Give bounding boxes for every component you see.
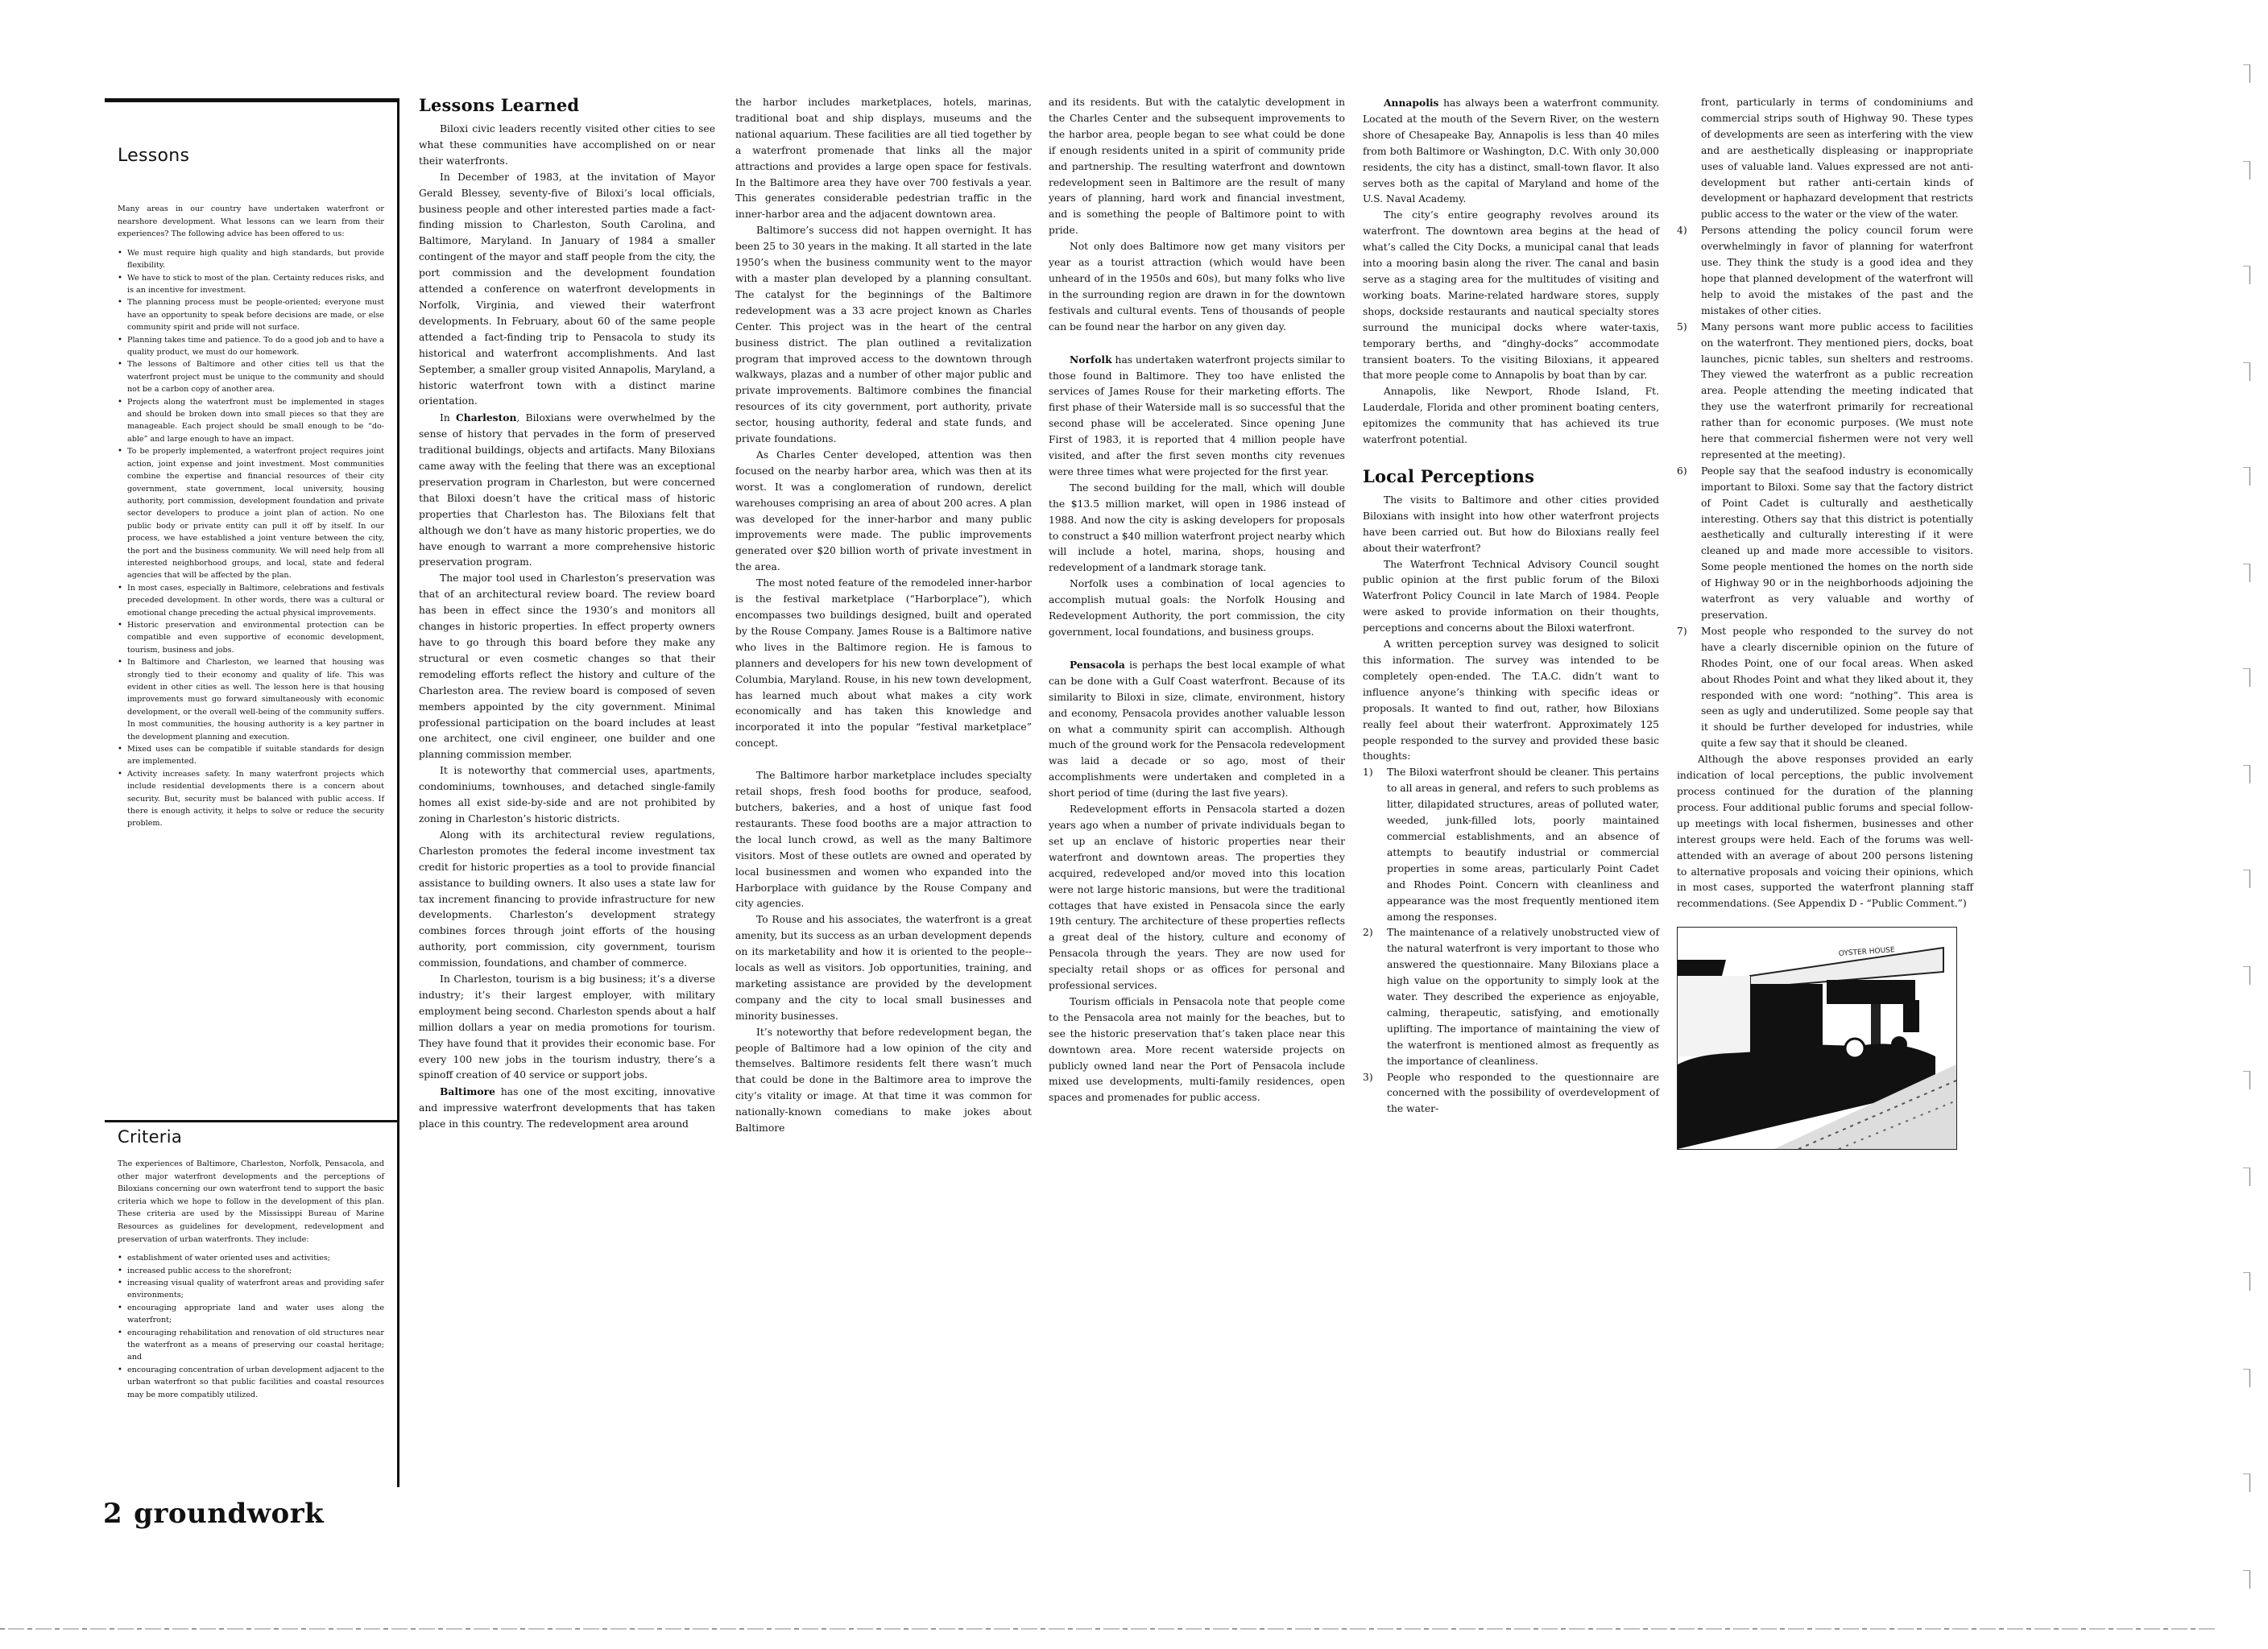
article-column-1: Lessons Learned Biloxi civic leaders rec… [419, 95, 715, 1133]
lessons-item: •In Baltimore and Charleston, we learned… [118, 656, 384, 743]
survey-results-list-continued: front, particularly in terms of condomin… [1677, 95, 1973, 752]
criteria-item: •encouraging concentration of urban deve… [118, 1364, 384, 1401]
survey-item: 1)The Biloxi waterfront should be cleane… [1363, 765, 1659, 925]
paragraph: Redevelopment efforts in Pensacola start… [1049, 802, 1345, 994]
bullet-icon: • [118, 743, 122, 755]
paragraph: The Waterfront Technical Advisory Counci… [1363, 557, 1659, 638]
lessons-item: •Historic preservation and environmental… [118, 619, 384, 656]
criteria-item: •encouraging appropriate land and water … [118, 1302, 384, 1327]
survey-item: 3)People who responded to the questionna… [1363, 1070, 1659, 1118]
city-name-norfolk: Norfolk [1070, 353, 1112, 366]
lessons-sidebar: Lessons Many areas in our country have u… [105, 98, 399, 1122]
lessons-item: •Activity increases safety. In many wate… [118, 768, 384, 830]
paragraph: The most noted feature of the remodeled … [735, 576, 1032, 752]
historic-photo: OYSTER HOUSE [1677, 927, 1957, 1150]
lessons-list: •We must require high quality and high s… [118, 247, 384, 830]
bullet-icon: • [118, 1277, 122, 1289]
paragraph: The major tool used in Charleston’s pres… [419, 571, 715, 763]
page-number: 2 [103, 1498, 122, 1530]
paragraph: the harbor includes marketplaces, hotels… [735, 95, 1032, 223]
paragraph-pensacola: Pensacola is perhaps the best local exam… [1049, 657, 1345, 802]
lessons-item: •Mixed uses can be compatible if suitabl… [118, 743, 384, 768]
city-name-pensacola: Pensacola [1070, 659, 1125, 671]
lessons-item: •The lessons of Baltimore and other citi… [118, 358, 384, 395]
scan-edge-marks [2212, 0, 2268, 1649]
paragraph: The visits to Baltimore and other cities… [1363, 493, 1659, 557]
lessons-item: •Projects along the waterfront must be i… [118, 396, 384, 446]
bullet-icon: • [118, 656, 122, 668]
bullet-icon: • [118, 334, 122, 346]
bullet-icon: • [118, 1327, 122, 1339]
photo-image-icon: OYSTER HOUSE [1678, 928, 1956, 1149]
lessons-item: •In most cases, especially in Baltimore,… [118, 582, 384, 619]
bullet-icon: • [118, 1302, 122, 1314]
paragraph: Norfolk uses a combination of local agen… [1049, 577, 1345, 641]
article-column-2: the harbor includes marketplaces, hotels… [735, 95, 1032, 1137]
paragraph: It is noteworthy that commercial uses, a… [419, 763, 715, 828]
bullet-icon: • [118, 358, 122, 370]
criteria-item: •encouraging rehabilitation and renovati… [118, 1327, 384, 1364]
paragraph: Biloxi civic leaders recently visited ot… [419, 122, 715, 170]
bullet-icon: • [118, 396, 122, 408]
criteria-item: •establishment of water oriented uses an… [118, 1252, 384, 1264]
survey-item: 5)Many persons want more public access t… [1677, 320, 1973, 464]
paragraph: It’s noteworthy that before redevelopmen… [735, 1025, 1032, 1137]
paragraph: As Charles Center developed, attention w… [735, 448, 1032, 576]
page-footer: 2groundwork [103, 1498, 324, 1530]
article-column-3: and its residents. But with the catalyti… [1049, 95, 1345, 1106]
paragraph: Baltimore’s success did not happen overn… [735, 223, 1032, 448]
bullet-icon: • [118, 1265, 122, 1277]
city-name-annapolis: Annapolis [1384, 97, 1438, 109]
survey-item: 7)Most people who responded to the surve… [1677, 624, 1973, 752]
bullet-icon: • [118, 768, 122, 780]
bullet-icon: • [118, 247, 122, 259]
heading-lessons-learned: Lessons Learned [419, 95, 715, 115]
criteria-item: •increasing visual quality of waterfront… [118, 1277, 384, 1302]
bullet-icon: • [118, 272, 122, 284]
city-name-baltimore: Baltimore [440, 1085, 495, 1097]
newsletter-page: Lessons Many areas in our country have u… [0, 0, 2268, 1649]
lessons-title: Lessons [118, 146, 384, 166]
paragraph: The city’s entire geography revolves aro… [1363, 208, 1659, 384]
survey-item: 2)The maintenance of a relatively unobst… [1363, 925, 1659, 1069]
survey-item: 6)People say that the seafood industry i… [1677, 464, 1973, 624]
criteria-sidebar: Criteria The experiences of Baltimore, C… [105, 1105, 399, 1487]
paragraph: In December of 1983, at the invitation o… [419, 170, 715, 411]
bullet-icon: • [118, 296, 122, 308]
bullet-icon: • [118, 1364, 122, 1376]
paragraph-charleston: In Charleston, Biloxians were overwhelme… [419, 410, 715, 571]
article-column-4: Annapolis has always been a waterfront c… [1363, 95, 1659, 1118]
paragraph: Not only does Baltimore now get many vis… [1049, 239, 1345, 335]
paragraph: To Rouse and his associates, the waterfr… [735, 912, 1032, 1024]
bullet-icon: • [118, 1252, 122, 1264]
survey-results-list: 1)The Biloxi waterfront should be cleane… [1363, 765, 1659, 1118]
bullet-icon: • [118, 445, 122, 457]
article-column-5: front, particularly in terms of condomin… [1677, 95, 1973, 1150]
scan-bottom-edge [0, 1628, 2215, 1630]
survey-item-continued: front, particularly in terms of condomin… [1677, 95, 1973, 223]
bullet-icon: • [118, 582, 122, 594]
paragraph: The second building for the mall, which … [1049, 481, 1345, 577]
criteria-list: •establishment of water oriented uses an… [118, 1252, 384, 1401]
criteria-title: Criteria [118, 1127, 384, 1147]
lessons-intro: Many areas in our country have undertake… [118, 203, 384, 241]
lessons-item: •We must require high quality and high s… [118, 247, 384, 272]
paragraph-annapolis: Annapolis has always been a waterfront c… [1363, 95, 1659, 208]
paragraph: Tourism officials in Pensacola note that… [1049, 994, 1345, 1106]
paragraph: A written perception survey was designed… [1363, 637, 1659, 765]
paragraph: In Charleston, tourism is a big business… [419, 972, 715, 1084]
lessons-item: •We have to stick to most of the plan. C… [118, 272, 384, 297]
paragraph-baltimore: Baltimore has one of the most exciting, … [419, 1084, 715, 1133]
publication-name: groundwork [134, 1498, 324, 1530]
city-name-charleston: Charleston [456, 411, 516, 424]
paragraph: and its residents. But with the catalyti… [1049, 95, 1345, 239]
paragraph: The Baltimore harbor marketplace include… [735, 768, 1032, 912]
criteria-item: •increased public access to the shorefro… [118, 1265, 384, 1277]
criteria-intro: The experiences of Baltimore, Charleston… [118, 1158, 384, 1246]
bullet-icon: • [118, 619, 122, 631]
paragraph-norfolk: Norfolk has undertaken waterfront projec… [1049, 352, 1345, 481]
lessons-item: •Planning takes time and patience. To do… [118, 334, 384, 359]
survey-item: 4)Persons attending the policy council f… [1677, 223, 1973, 319]
paragraph: Annapolis, like Newport, Rhode Island, F… [1363, 384, 1659, 448]
lessons-item: •To be properly implemented, a waterfron… [118, 445, 384, 581]
paragraph: Along with its architectural review regu… [419, 828, 715, 972]
lessons-item: •The planning process must be people-ori… [118, 296, 384, 333]
paragraph: Although the above responses provided an… [1677, 752, 1973, 912]
heading-local-perceptions: Local Perceptions [1363, 466, 1659, 486]
